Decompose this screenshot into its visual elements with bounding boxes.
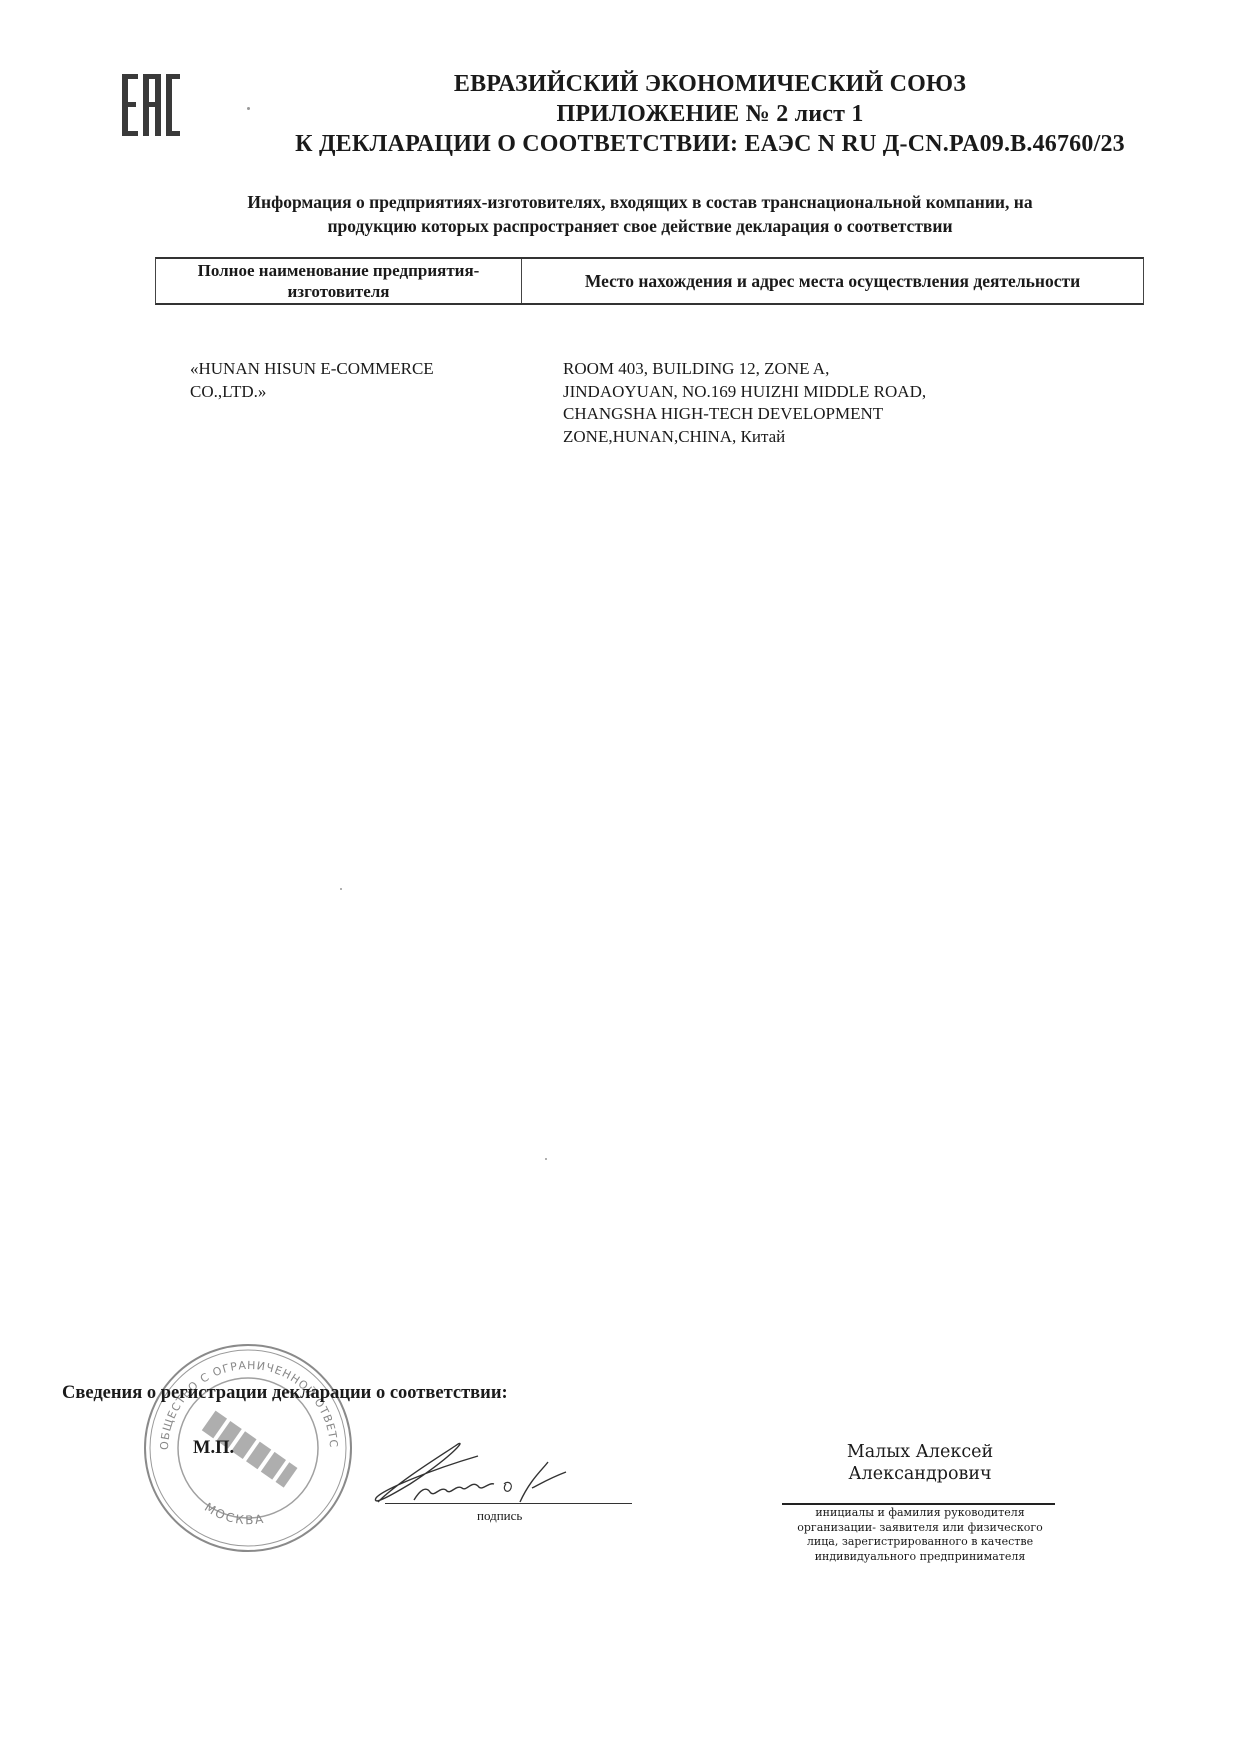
address-line-3: CHANGSHA HIGH-TECH DEVELOPMENT	[563, 403, 1023, 426]
scan-speck	[247, 107, 250, 110]
stamp-place-label: М.П.	[193, 1438, 234, 1459]
header-appendix-title: ПРИЛОЖЕНИЕ № 2 лист 1	[200, 101, 1220, 128]
address-line-1: ROOM 403, BUILDING 12, ZONE A,	[563, 358, 1023, 381]
signature-icon	[370, 1440, 600, 1510]
manufacturer-address: ROOM 403, BUILDING 12, ZONE A, JINDAOYUA…	[563, 358, 1023, 448]
manufacturer-name: «HUNAN HISUN E-COMMERCE CO.,LTD.»	[190, 358, 510, 403]
svg-text:МОСКВА: МОСКВА	[202, 1500, 266, 1527]
signatory-caption: инициалы и фамилия руководителя организа…	[775, 1506, 1065, 1564]
address-line-4: ZONE,HUNAN,CHINA, Китай	[563, 426, 1023, 449]
address-line-2: JINDAOYUAN, NO.169 HUIZHI MIDDLE ROAD,	[563, 381, 1023, 404]
caption-line-3: лица, зарегистрированного в качестве	[775, 1535, 1065, 1550]
scan-speck	[545, 1158, 547, 1160]
header-declaration-number: К ДЕКЛАРАЦИИ О СООТВЕТСТВИИ: ЕАЭС N RU Д…	[200, 131, 1220, 158]
column-header-name-line-1: Полное наименование предприятия-	[156, 260, 521, 281]
caption-line-1: инициалы и фамилия руководителя	[775, 1506, 1065, 1521]
info-paragraph: Информация о предприятиях-изготовителях,…	[150, 190, 1130, 238]
signatory-name: Малых Алексей Александрович	[800, 1441, 1040, 1485]
eac-logo-icon	[120, 70, 182, 140]
company-stamp-icon: ОБЩЕСТВО С ОГРАНИЧЕННОЙ ОТВЕТСТВЕННОСТЬЮ…	[140, 1340, 355, 1555]
manufacturers-table-header: Полное наименование предприятия- изготов…	[155, 257, 1144, 305]
info-line-1: Информация о предприятиях-изготовителях,…	[150, 190, 1130, 214]
column-header-address: Место нахождения и адрес места осуществл…	[522, 259, 1143, 303]
info-line-2: продукцию которых распространяет свое де…	[150, 214, 1130, 238]
signature-label: подпись	[477, 1508, 522, 1524]
registration-title: Сведения о регистрации декларации о соот…	[62, 1383, 508, 1404]
manufacturer-name-line-1: «HUNAN HISUN E-COMMERCE	[190, 358, 510, 381]
caption-line-4: индивидуального предпринимателя	[775, 1550, 1065, 1565]
scan-speck	[340, 888, 342, 890]
signatory-name-line-1: Малых Алексей	[800, 1441, 1040, 1463]
manufacturer-name-line-2: CO.,LTD.»	[190, 381, 510, 404]
signatory-name-line	[782, 1503, 1055, 1505]
caption-line-2: организации- заявителя или физического	[775, 1521, 1065, 1536]
column-header-name: Полное наименование предприятия- изготов…	[156, 259, 522, 303]
header-union-title: ЕВРАЗИЙСКИЙ ЭКОНОМИЧЕСКИЙ СОЮЗ	[200, 71, 1220, 98]
signatory-name-line-2: Александрович	[800, 1463, 1040, 1485]
column-header-name-line-2: изготовителя	[156, 281, 521, 302]
